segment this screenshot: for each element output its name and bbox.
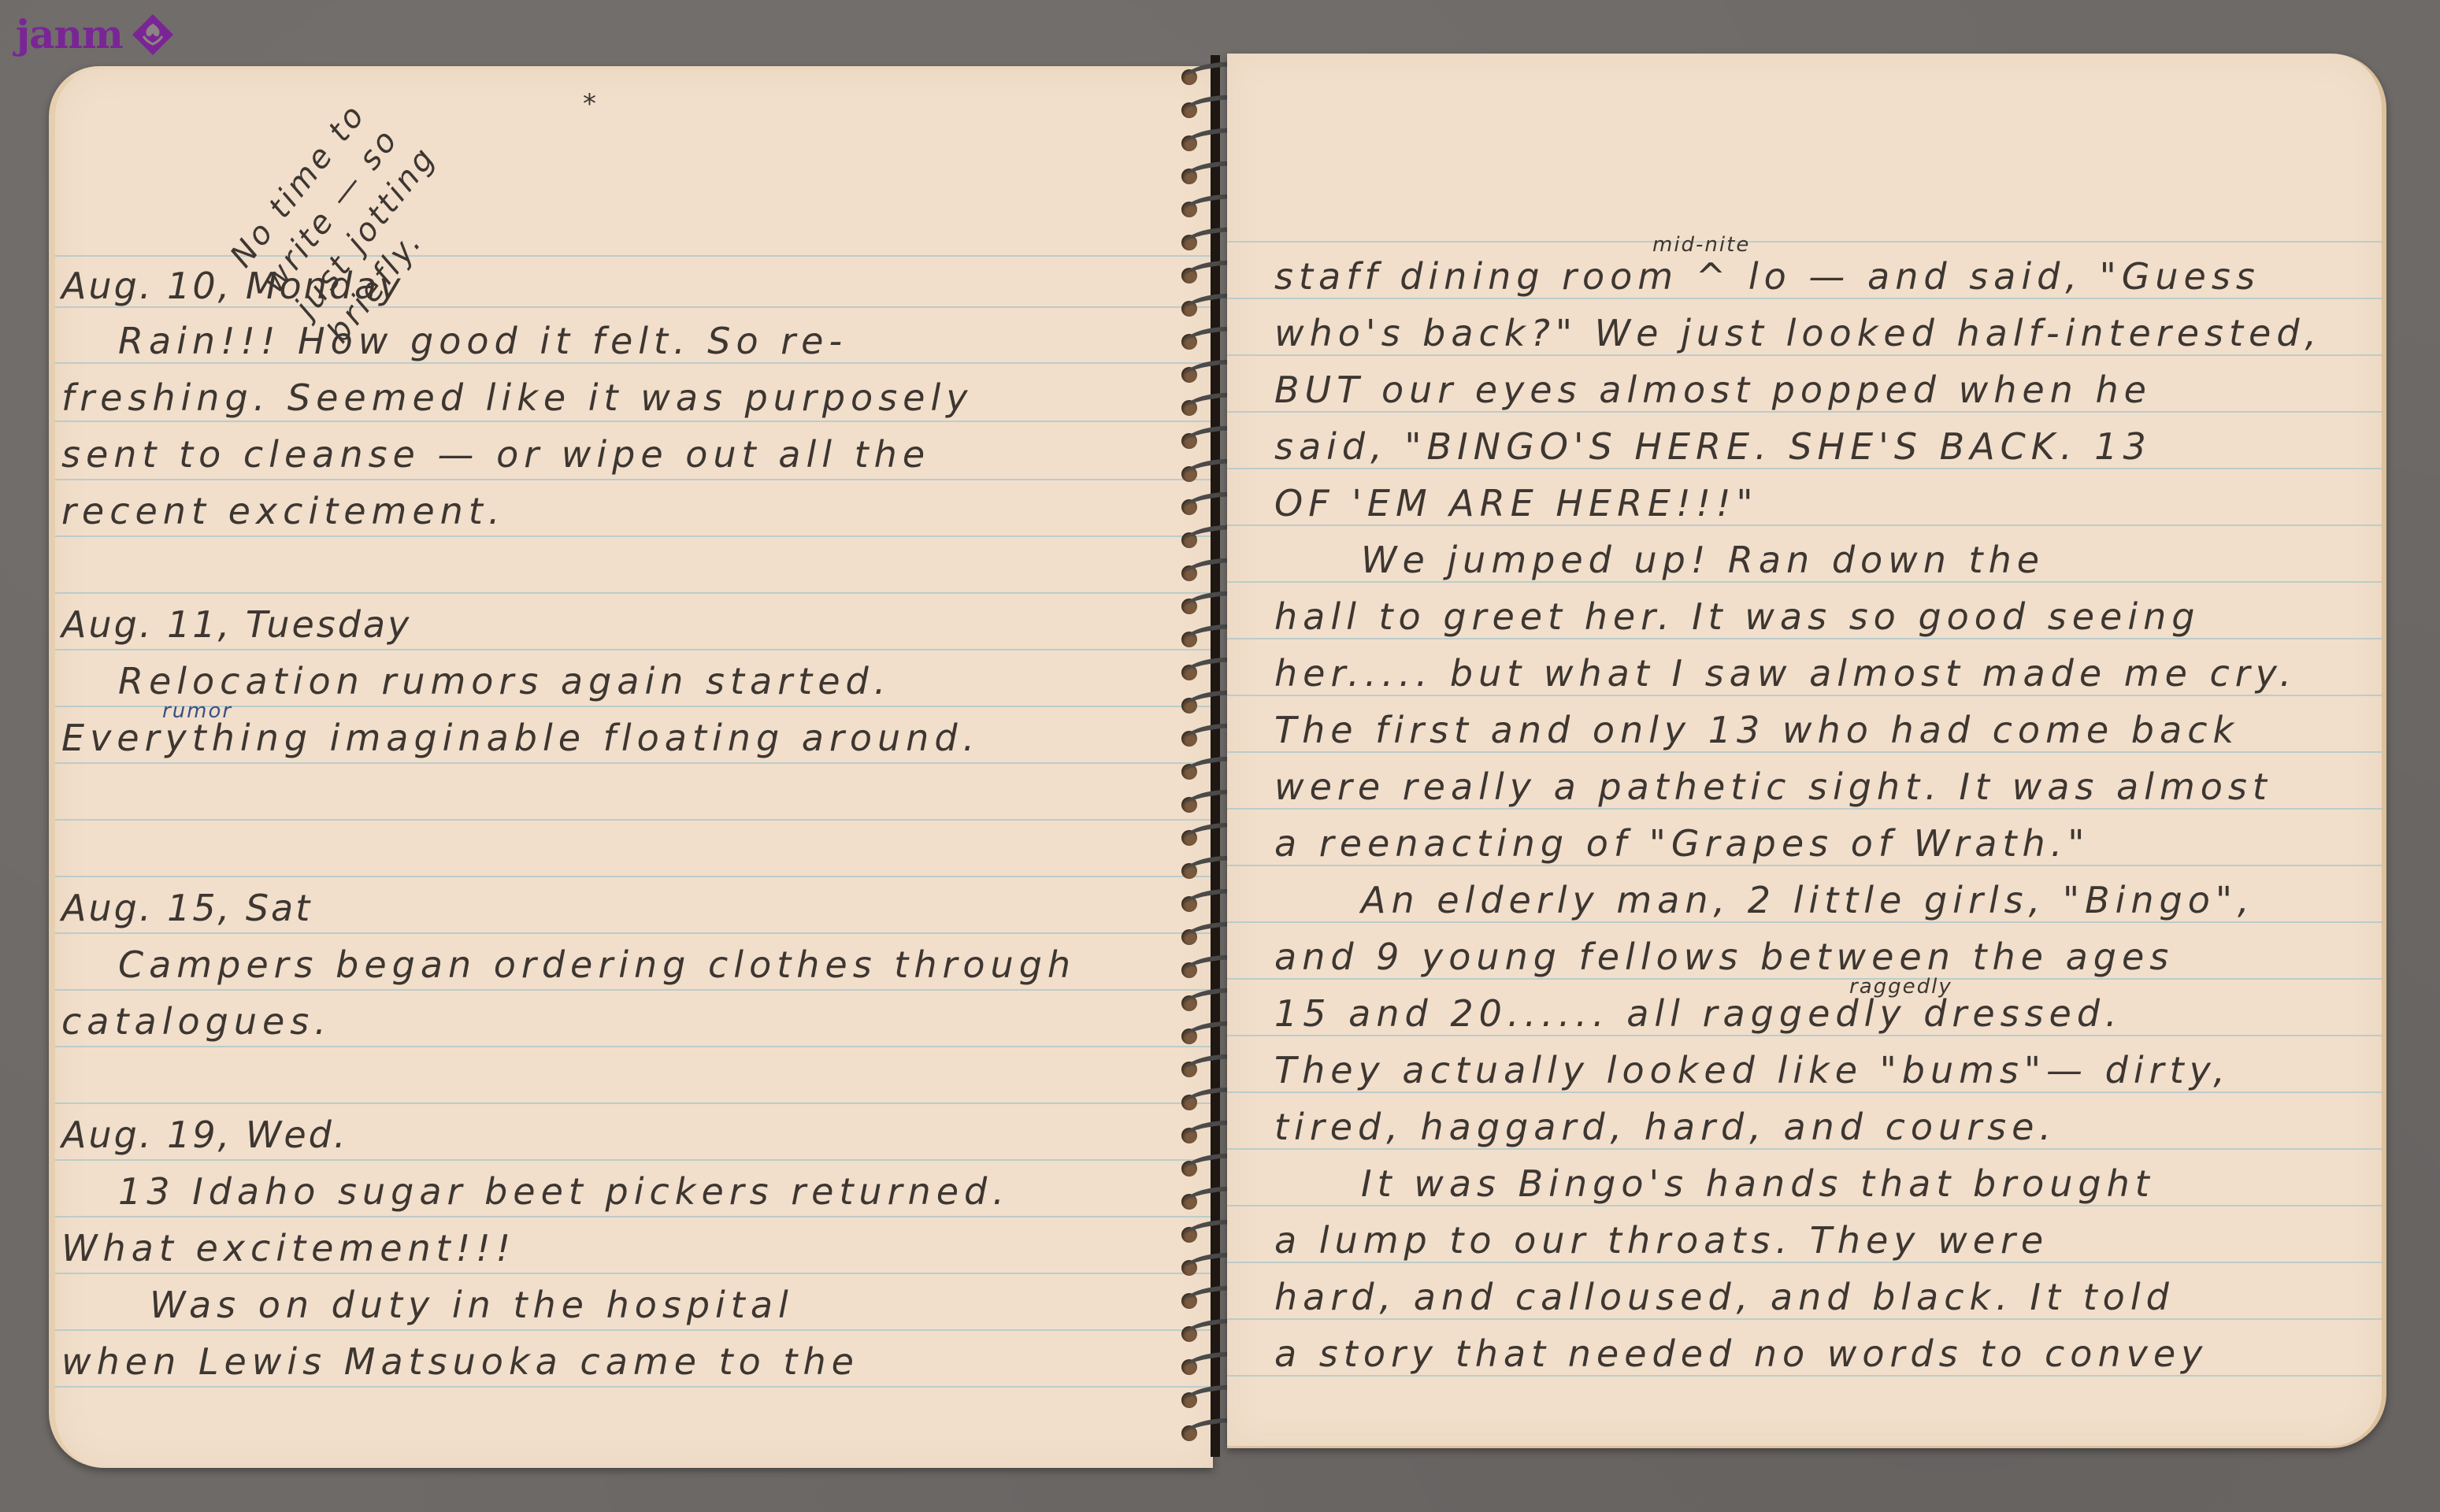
logo-text: janm — [16, 15, 123, 54]
janm-crest-icon — [131, 13, 175, 57]
rule-line — [55, 1329, 1213, 1331]
rule-line — [1227, 468, 2382, 469]
rule-line — [1227, 354, 2382, 356]
rule-line — [55, 1102, 1213, 1104]
entry-line: What excitement!!! — [61, 1227, 516, 1269]
margin-note: No time to write — so just jotting brief… — [221, 87, 478, 351]
rule-line — [55, 762, 1213, 764]
entry-line: catalogues. — [61, 1000, 332, 1043]
rule-line — [55, 535, 1213, 537]
entry-line: a story that needed no words to convey — [1274, 1332, 2208, 1375]
entry-line: OF 'EM ARE HERE!!!" — [1274, 482, 1759, 524]
entry-line: recent excitement. — [61, 490, 505, 532]
entry-line: They actually looked like "bums"— dirty, — [1274, 1049, 2230, 1091]
notebook-left-page: No time to write — so just jotting brief… — [49, 66, 1213, 1468]
entry-line: freshing. Seemed like it was purposely — [61, 376, 973, 419]
entry-line: sent to cleanse — or wipe out all the — [61, 433, 930, 476]
entry-line: staff dining room ^ lo — and said, "Gues… — [1274, 255, 2260, 298]
rule-line — [55, 479, 1213, 480]
rule-line — [55, 1273, 1213, 1274]
entry-line: a reenacting of "Grapes of Wrath." — [1274, 822, 2090, 865]
entry-date: Aug. 19, Wed. — [61, 1114, 347, 1156]
rule-line — [1227, 411, 2382, 413]
insertion-note: mid-nite — [1652, 233, 1750, 257]
entry-line: tired, haggard, hard, and course. — [1274, 1106, 2056, 1148]
entry-line: The first and only 13 who had come back — [1274, 709, 2239, 751]
entry-line: Was on duty in the hospital — [150, 1284, 794, 1326]
rule-line — [1227, 808, 2382, 810]
entry-line: Rain!!! How good it felt. So re- — [118, 320, 847, 362]
rule-line — [1227, 524, 2382, 526]
entry-line: We jumped up! Ran down the — [1361, 539, 2045, 581]
rule-line — [1227, 695, 2382, 696]
rule-line — [1227, 581, 2382, 583]
rule-line — [1227, 638, 2382, 639]
entry-line: said, "BINGO'S HERE. SHE'S BACK. 13 — [1274, 425, 2152, 468]
rule-line — [1227, 1375, 2382, 1377]
rule-line — [1227, 978, 2382, 980]
entry-line: who's back?" We just looked half-interes… — [1274, 312, 2322, 354]
entry-line: Campers began ordering clothes through — [118, 943, 1076, 986]
rule-line — [1227, 1148, 2382, 1150]
rule-line — [1227, 1262, 2382, 1263]
rule-line — [55, 1386, 1213, 1388]
notebook-right-page: mid-nite staff dining room ^ lo — and sa… — [1227, 54, 2386, 1448]
rule-line — [55, 362, 1213, 364]
entry-line: An elderly man, 2 little girls, "Bingo", — [1361, 879, 2255, 921]
entry-date: Aug. 11, Tuesday — [61, 603, 411, 646]
rule-line — [1227, 1091, 2382, 1093]
rule-line — [1227, 865, 2382, 866]
entry-line: and 9 young fellows between the ages — [1274, 936, 2174, 978]
rule-line — [55, 1046, 1213, 1047]
asterisk-mark: * — [583, 88, 598, 120]
rule-line — [55, 1216, 1213, 1217]
entry-line: hall to greet her. It was so good seeing — [1274, 595, 2200, 638]
entry-line: 15 and 20...... all raggedly dressed. — [1274, 992, 2123, 1035]
rule-line — [1227, 1318, 2382, 1320]
entry-line: Everything imaginable floating around. — [61, 717, 980, 759]
rule-line — [55, 421, 1213, 422]
rule-line — [1227, 1035, 2382, 1036]
rule-line — [1227, 298, 2382, 299]
rule-line — [55, 819, 1213, 821]
rule-line — [1227, 1205, 2382, 1206]
rule-line — [1227, 241, 2382, 243]
entry-line: a lump to our throats. They were — [1274, 1219, 2049, 1262]
entry-line: were really a pathetic sight. It was alm… — [1274, 765, 2272, 808]
entry-date: Aug. 10, Monday — [61, 265, 402, 307]
entry-line: Relocation rumors again started. — [118, 660, 891, 702]
rule-line — [1227, 751, 2382, 753]
entry-line: BUT our eyes almost popped when he — [1274, 369, 2152, 411]
entry-line: her..... but what I saw almost made me c… — [1274, 652, 2297, 695]
rule-line — [55, 649, 1213, 650]
rule-line — [1227, 921, 2382, 923]
entry-line: It was Bingo's hands that brought — [1361, 1162, 2155, 1205]
entry-line: hard, and calloused, and black. It told — [1274, 1276, 2175, 1318]
entry-line: 13 Idaho sugar beet pickers returned. — [118, 1170, 1010, 1213]
rule-line — [55, 876, 1213, 877]
rule-line — [55, 932, 1213, 934]
janm-logo[interactable]: janm — [16, 11, 175, 58]
rule-line — [55, 989, 1213, 991]
rule-line — [55, 592, 1213, 594]
entry-date: Aug. 15, Sat — [61, 887, 312, 929]
rule-line — [55, 1159, 1213, 1161]
entry-line: when Lewis Matsuoka came to the — [61, 1340, 859, 1383]
